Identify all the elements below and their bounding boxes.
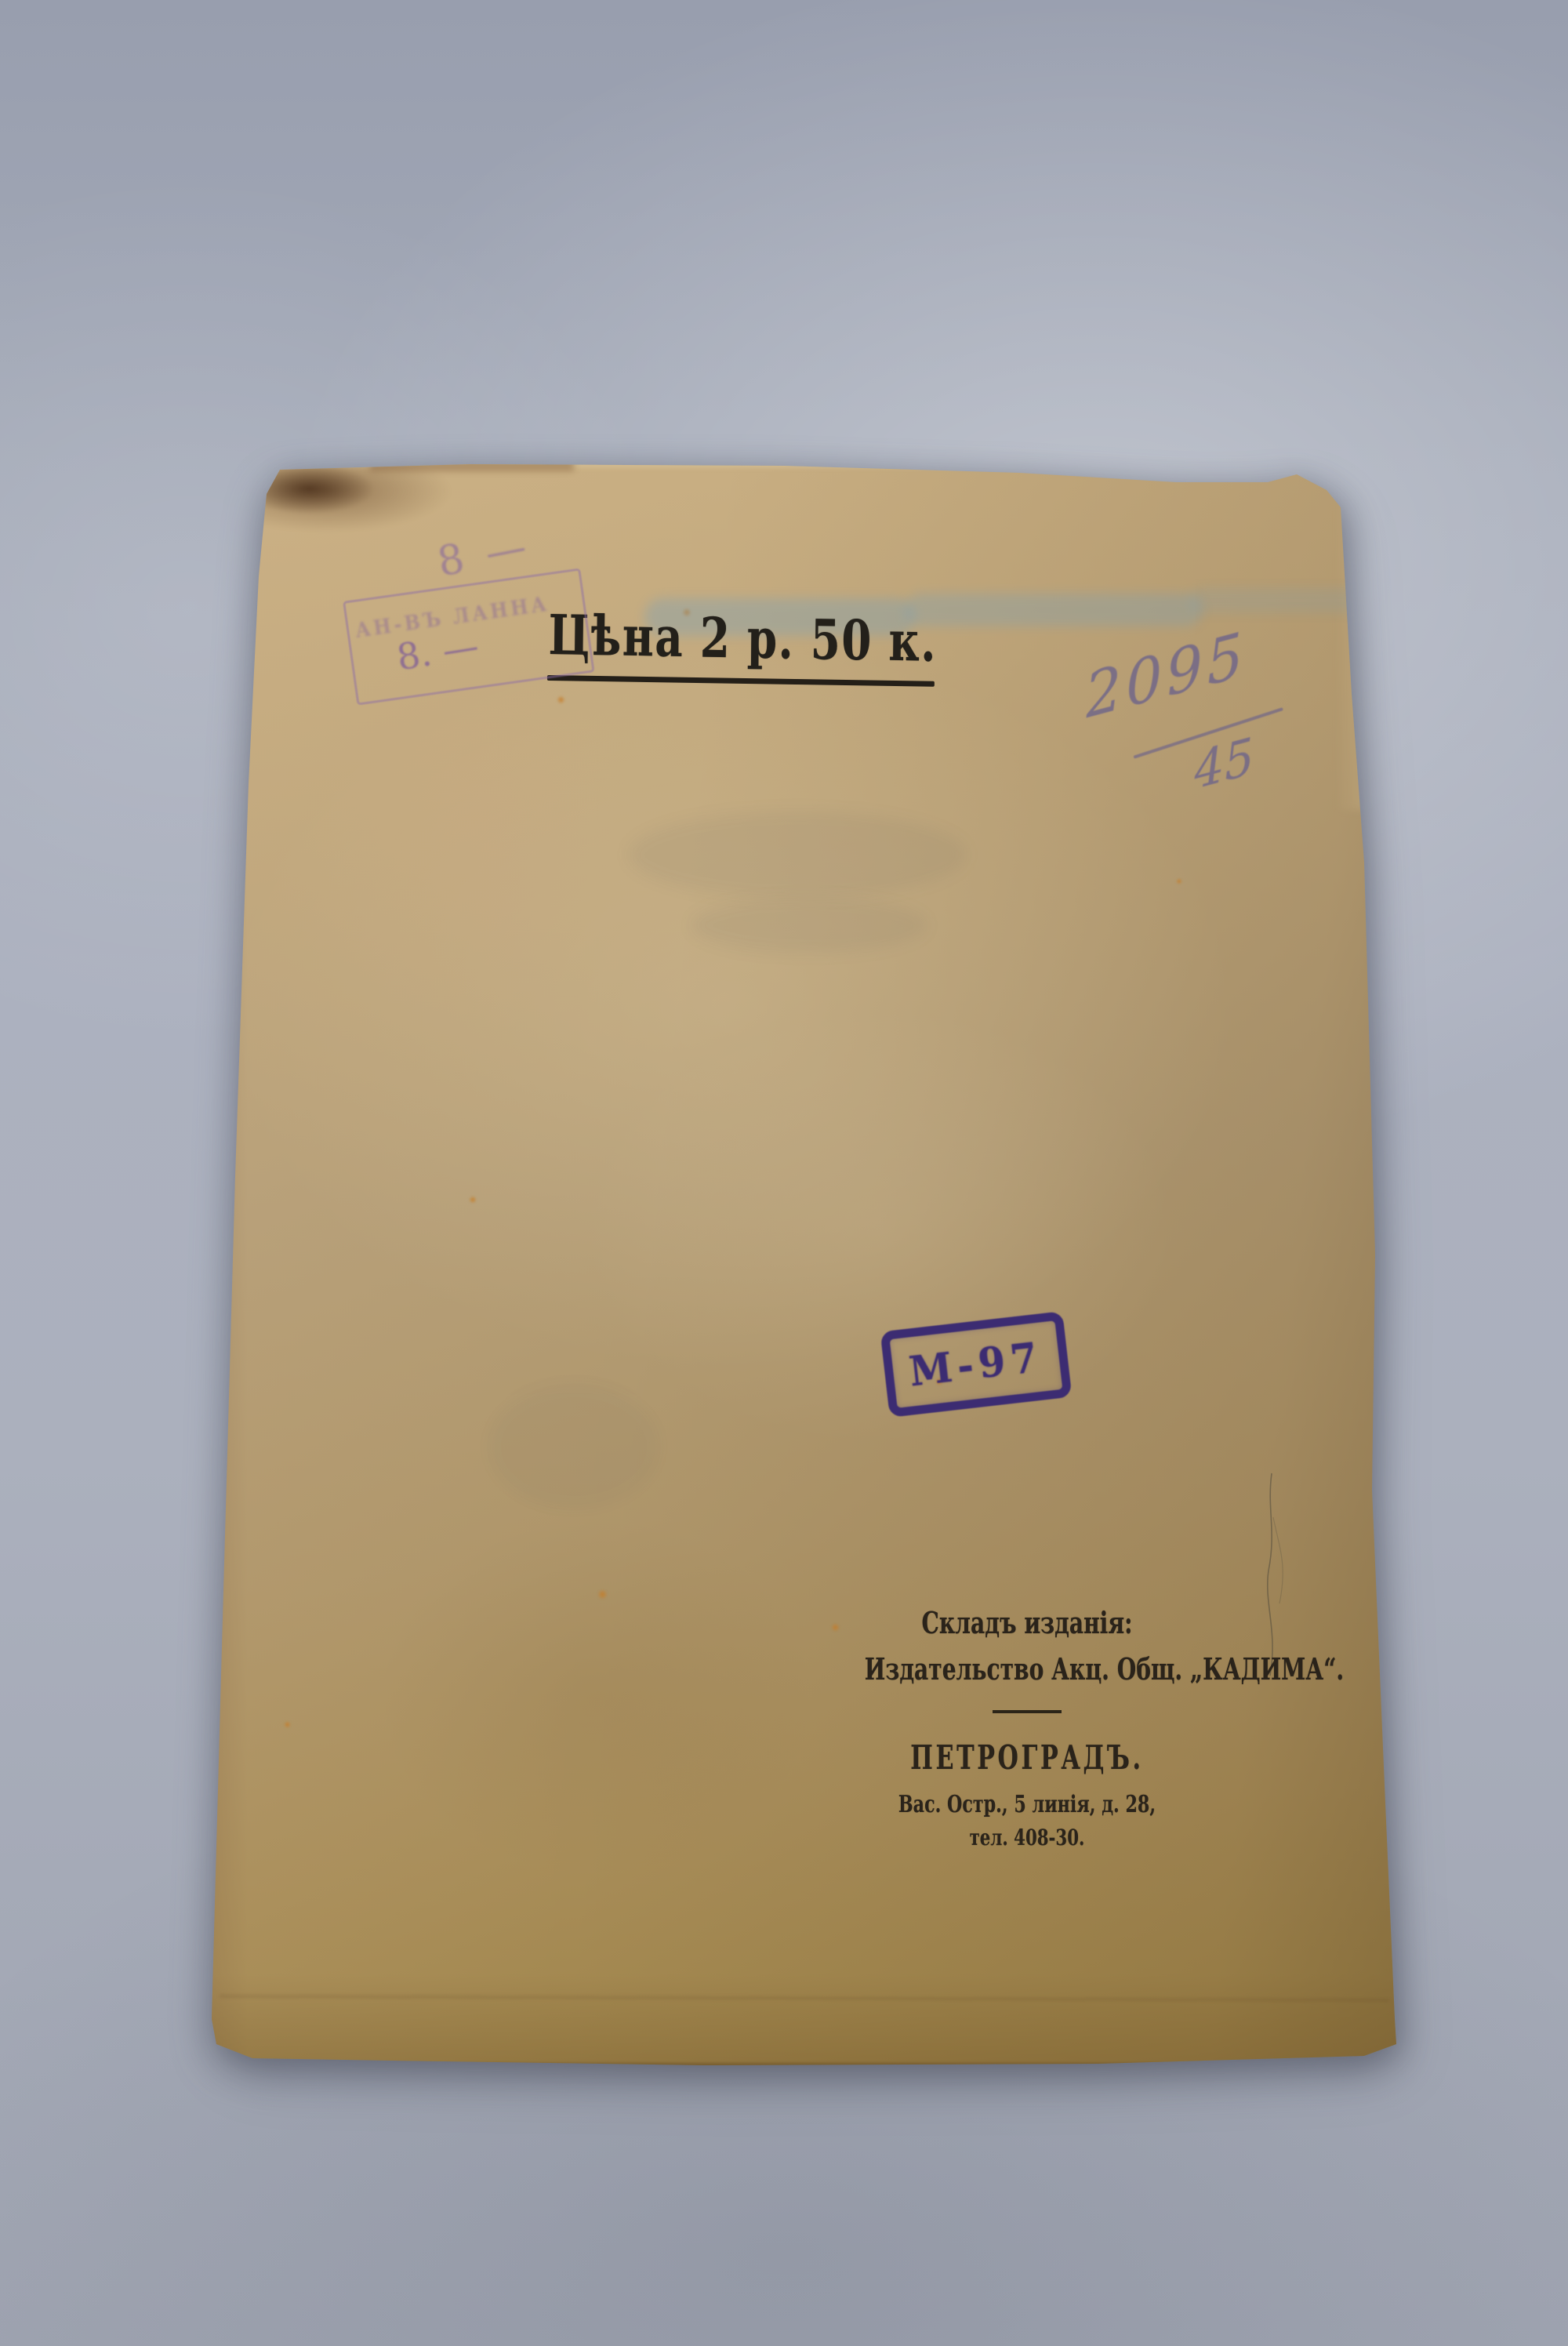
- foxing-spot: [597, 1589, 608, 1600]
- foxing-spot: [284, 1721, 291, 1728]
- blue-crayon-mark: [905, 594, 1203, 626]
- book-back-cover: Цѣна 2 р. 50 к. 8 — АН-ВЪ ЛАННА 8. — 209…: [205, 459, 1399, 2068]
- foxing-spot: [557, 695, 565, 704]
- imprint-depot-line: Складъ изданія:: [865, 1605, 1189, 1640]
- imprint-city-line: ПЕТРОГРАДЪ.: [869, 1738, 1185, 1777]
- foxing-spot: [469, 1196, 477, 1204]
- imprint-publisher-line: Издательство Акц. Общ. „КАДИМА“.: [865, 1651, 1189, 1687]
- paper-mottling: [299, 631, 637, 1039]
- inventory-numerator: 2095: [1083, 618, 1249, 732]
- imprint-divider: [993, 1710, 1062, 1713]
- imprint-phone-line: тел. 408-30.: [860, 1825, 1194, 1850]
- pencil-smudge: [629, 812, 966, 898]
- price-line: Цѣна 2 р. 50 к.: [548, 608, 937, 670]
- imprint-address-line: Вас. Остр., 5 линія, д. 28,: [865, 1791, 1189, 1818]
- handwritten-inventory-number: 2095 45: [1083, 600, 1359, 842]
- inventory-denominator: 45: [1192, 726, 1255, 801]
- top-left-corner-stain: [220, 460, 455, 562]
- pencil-scratch-line: [1256, 1470, 1292, 1682]
- pencil-smudge: [691, 898, 927, 953]
- paper-mottling: [582, 1008, 1178, 1447]
- bottom-edge-shading: [205, 1974, 1399, 2068]
- left-edge-shading: [205, 459, 248, 2068]
- imprint-block: Складъ изданія: Издательство Акц. Общ. „…: [808, 1605, 1247, 1850]
- top-edge-stain-streak: [370, 459, 574, 471]
- paper-mottling: [378, 1517, 817, 1878]
- foxing-spot: [1176, 878, 1182, 884]
- pencil-smudge: [488, 1384, 660, 1509]
- library-stamp-text: М-97: [907, 1333, 1045, 1396]
- photo-of-book-back-cover: Цѣна 2 р. 50 к. 8 — АН-ВЪ ЛАННА 8. — 209…: [0, 0, 1568, 2346]
- bottom-edge-line: [205, 2063, 1399, 2068]
